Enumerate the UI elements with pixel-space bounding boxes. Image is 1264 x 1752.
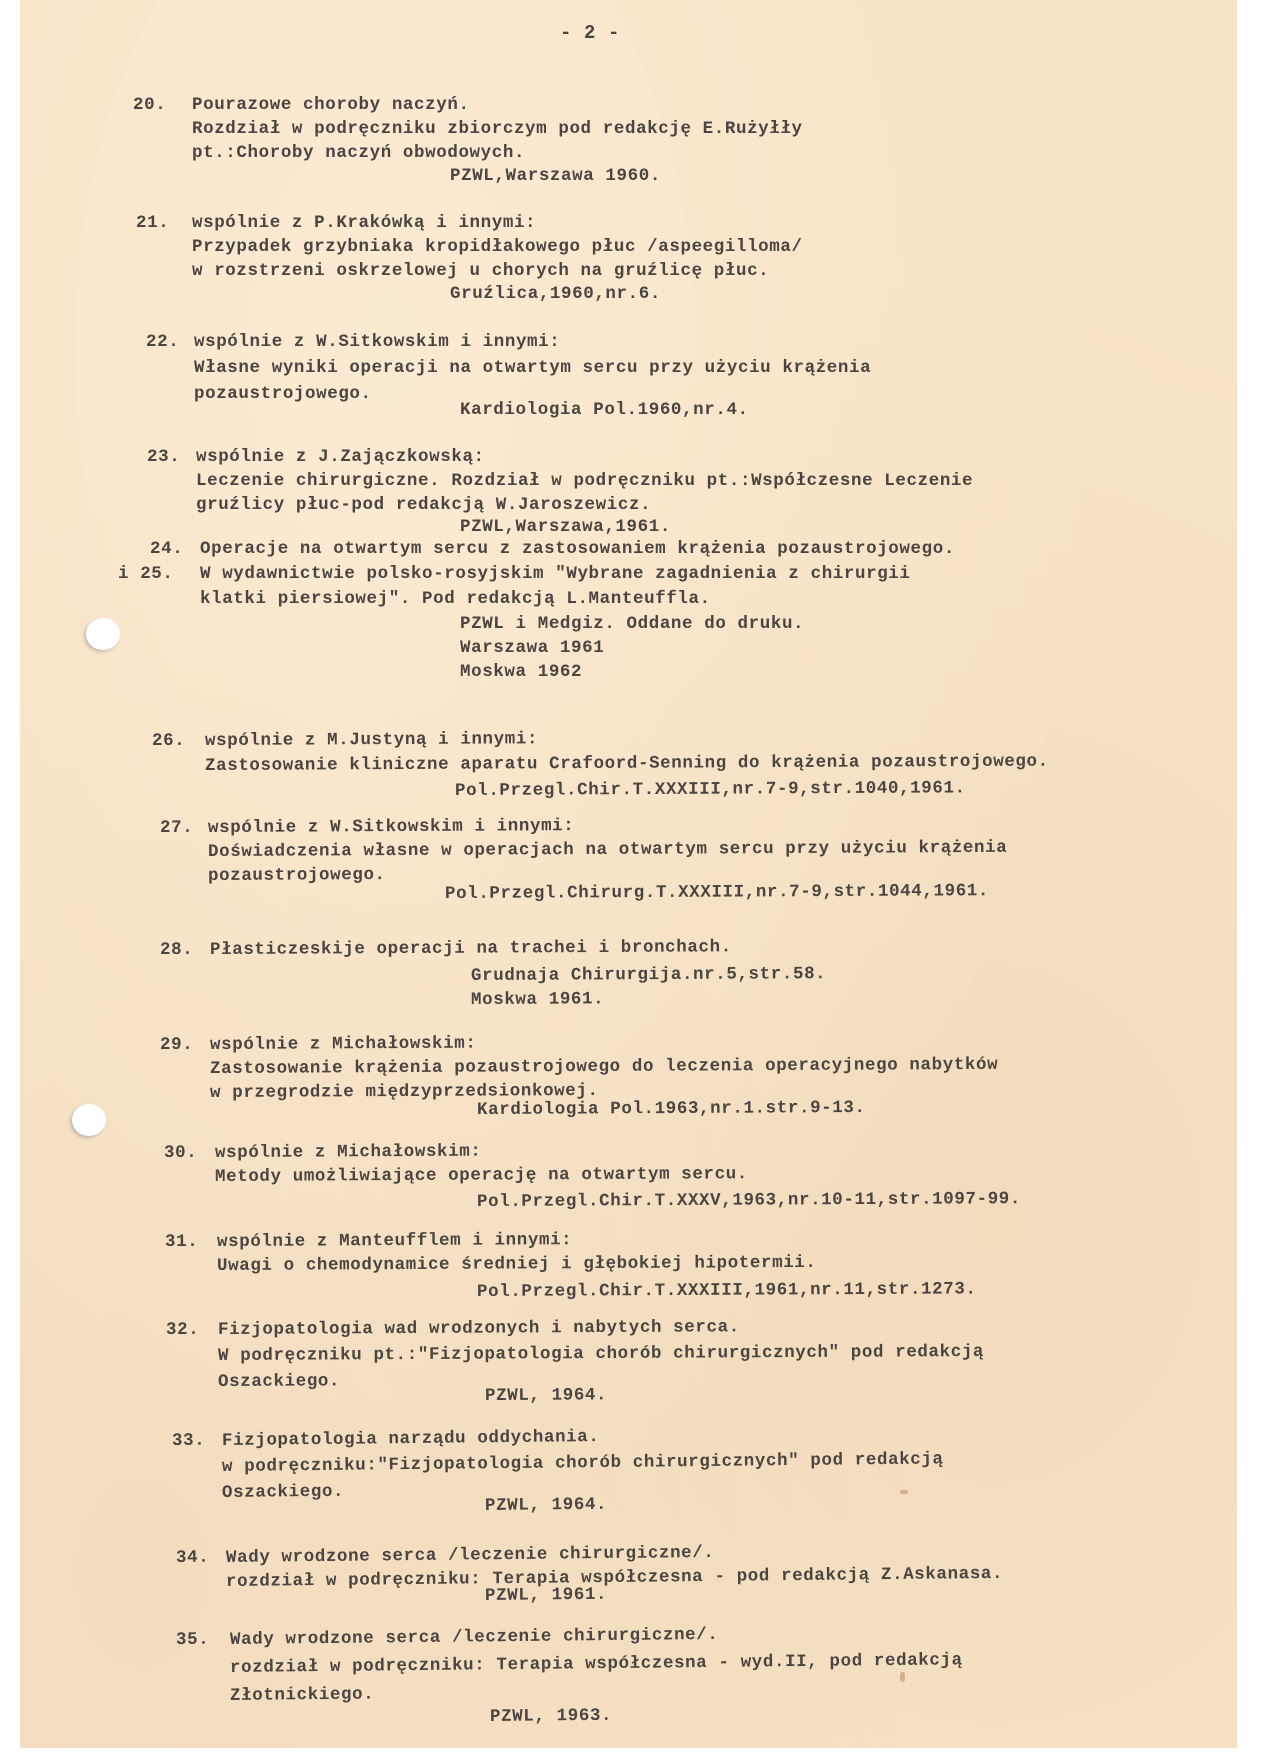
- entry-source: PZWL, 1964.: [485, 1385, 607, 1406]
- punch-hole: [72, 1104, 106, 1136]
- entry-title: Pourazowe choroby naczyń.: [192, 95, 470, 115]
- entry-source: PZWL,Warszawa,1961.: [460, 517, 671, 537]
- entry-number: 21.: [136, 213, 169, 233]
- entry-number: 20.: [133, 95, 166, 115]
- entry-source: Kardiologia Pol.1960,nr.4.: [460, 400, 749, 420]
- entry-title: wspólnie z Michałowskim:: [210, 1034, 477, 1055]
- entry-number: 33.: [172, 1431, 206, 1451]
- entry-description: Leczenie chirurgiczne. Rozdział w podręc…: [196, 471, 973, 491]
- entry-source: Gruźlica,1960,nr.6.: [450, 284, 661, 304]
- entry-number-secondary: i 25.: [118, 564, 174, 584]
- entry-source: Pol.Przegl.Chir.T.XXXV,1963,nr.10-11,str…: [477, 1189, 1021, 1212]
- entry-title: Fizjopatologia wad wrodzonych i nabytych…: [218, 1317, 740, 1340]
- entry-source: Pol.Przegl.Chirurg.T.XXXIII,nr.7-9,str.1…: [445, 881, 989, 904]
- punch-hole: [86, 618, 120, 650]
- ink-smudge: [900, 1672, 905, 1682]
- entry-source: Moskwa 1961.: [471, 989, 604, 1010]
- ink-smudge: [900, 1490, 908, 1494]
- entry-title: wspólnie z W.Sitkowskim i innymi:: [194, 332, 560, 352]
- entry-source: PZWL,Warszawa 1960.: [450, 166, 661, 186]
- entry-number: 32.: [166, 1320, 199, 1340]
- entry-title: wspólnie z Manteufflem i innymi:: [217, 1230, 572, 1252]
- entry-source: Moskwa 1962: [460, 662, 582, 682]
- entry-number: 22.: [146, 332, 179, 352]
- entry-number: 24.: [150, 539, 183, 559]
- entry-source: PZWL, 1964.: [485, 1495, 607, 1516]
- entry-source: Kardiologia Pol.1963,nr.1.str.9-13.: [477, 1098, 866, 1120]
- entry-source: Warszawa 1961: [460, 638, 604, 658]
- entry-description: W podręczniku pt.:"Fizjopatologia chorób…: [218, 1342, 984, 1366]
- entry-description: w rozstrzeni oskrzelowej u chorych na gr…: [192, 261, 769, 281]
- entry-title: wspólnie z M.Justyną i innymi:: [205, 729, 538, 751]
- entry-description: Zastosowanie krążenia pozaustrojowego do…: [210, 1055, 998, 1079]
- entry-description: Oszackiego.: [222, 1482, 344, 1503]
- entry-number: 31.: [165, 1232, 198, 1252]
- entry-source: PZWL i Medgiz. Oddane do druku.: [460, 614, 804, 634]
- entry-number: 29.: [160, 1035, 193, 1055]
- page-number: - 2 -: [560, 22, 620, 44]
- entry-description: Rozdział w podręczniku zbiorczym pod red…: [192, 119, 803, 139]
- entry-description: pozaustrojowego.: [194, 384, 372, 404]
- entry-title: wspólnie z W.Sitkowskim i innymi:: [208, 816, 574, 838]
- entry-title: wspólnie z J.Zajączkowską:: [196, 447, 485, 467]
- entry-description: Oszackiego.: [218, 1371, 340, 1392]
- entry-title: Fizjopatologia narządu oddychania.: [222, 1427, 600, 1451]
- entry-description: Metody umożliwiające operację na otwarty…: [215, 1164, 748, 1187]
- entry-number: 26.: [152, 731, 185, 751]
- entry-description: klatki piersiowej". Pod redakcją L.Mante…: [200, 589, 711, 609]
- entry-description: Złotnickiego.: [230, 1684, 375, 1706]
- entry-title: Operacje na otwartym sercu z zastosowani…: [200, 539, 955, 559]
- entry-source: Grudnaja Chirurgija.nr.5,str.58.: [471, 964, 826, 986]
- entry-description: pozaustrojowego.: [208, 865, 386, 886]
- entry-description: Własne wyniki operacji na otwartym sercu…: [194, 358, 871, 378]
- entry-source: Pol.Przegl.Chir.T.XXXIII,1961,nr.11,str.…: [477, 1279, 977, 1302]
- entry-number: 27.: [160, 818, 193, 838]
- entry-title: wspólnie z P.Krakówką i innymi:: [192, 213, 536, 233]
- entry-source: PZWL, 1963.: [490, 1706, 612, 1727]
- entry-number: 34.: [176, 1548, 210, 1568]
- entry-description: Doświadczenia własne w operacjach na otw…: [208, 838, 1007, 862]
- entry-number: 28.: [160, 940, 193, 960]
- entry-source: Pol.Przegl.Chir.T.XXXIII,nr.7-9,str.1040…: [455, 778, 966, 801]
- entry-description: pt.:Choroby naczyń obwodowych.: [192, 143, 525, 163]
- entry-description: W wydawnictwie polsko-rosyjskim "Wybrane…: [200, 564, 911, 584]
- entry-description: gruźlicy płuc-pod redakcją W.Jaroszewicz…: [196, 495, 651, 515]
- entry-number: 35.: [176, 1630, 210, 1650]
- entry-title: wspólnie z Michałowskim:: [215, 1142, 482, 1163]
- entry-number: 23.: [147, 447, 180, 467]
- entry-number: 30.: [164, 1143, 197, 1163]
- entry-title: Płasticzeskije operacji na trachei i bro…: [210, 937, 732, 960]
- entry-source: PZWL, 1961.: [485, 1585, 607, 1606]
- entry-description: Przypadek grzybniaka kropidłakowego płuc…: [192, 237, 803, 257]
- entry-description: Uwagi o chemodynamice średniej i głęboki…: [217, 1253, 817, 1276]
